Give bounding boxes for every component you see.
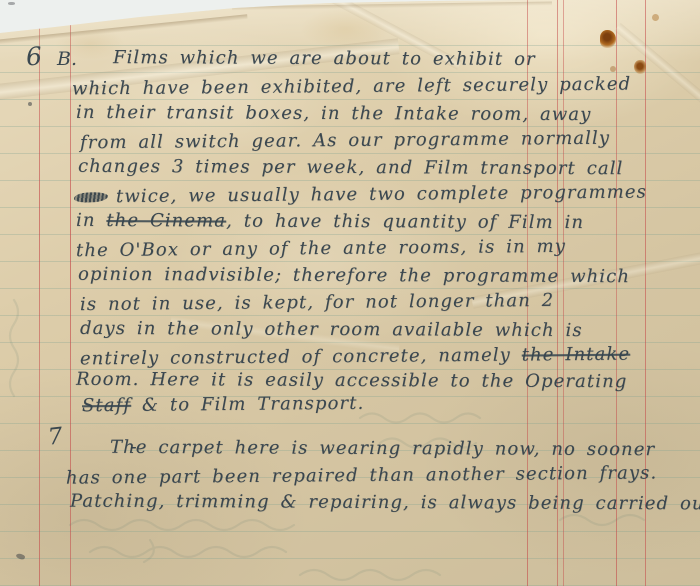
struck-through-text: Staff	[82, 395, 131, 416]
handwritten-line-10: is not in use, is kept, for not longer t…	[80, 290, 554, 315]
handwritten-line-15: The carpet here is wearing rapidly now, …	[110, 437, 655, 460]
handwritten-text: in	[76, 210, 106, 231]
struck-through-text: the Cinema	[106, 210, 226, 232]
handwritten-line-07: in the Cinema, to have this quantity of …	[76, 210, 584, 233]
handwritten-line-13: Room. Here it is easily accessible to th…	[76, 369, 628, 392]
handwritten-text: opinion inadvisible; therefore the progr…	[78, 264, 630, 287]
handwritten-text: in their transit boxes, in the Intake ro…	[76, 102, 592, 125]
handwritten-text: Patching, trimming & repairing, is alway…	[70, 491, 700, 515]
handwritten-line-09: opinion inadvisible; therefore the progr…	[78, 264, 630, 287]
handwritten-text: days in the only other room available wh…	[80, 318, 583, 341]
handwritten-line-11: days in the only other room available wh…	[80, 318, 583, 341]
handwritten-line-14: Staff & to Film Transport.	[82, 393, 365, 416]
scribbled-out-word	[74, 192, 108, 203]
handwritten-line-08: the O'Box or any of the ante rooms, is i…	[76, 236, 566, 261]
margin-page-number: 6	[25, 41, 43, 71]
handwritten-text: changes 3 times per week, and Film trans…	[78, 156, 624, 179]
handwritten-line-05: changes 3 times per week, and Film trans…	[78, 156, 624, 179]
handwritten-text: Films which we are about to exhibit or	[113, 47, 536, 70]
handwritten-line-17: Patching, trimming & repairing, is alway…	[70, 491, 700, 515]
margin-section-letter: B.	[57, 48, 77, 70]
handwritten-line-01: Films which we are about to exhibit or	[113, 47, 536, 70]
handwritten-text: the O'Box or any of the ante rooms, is i…	[76, 236, 566, 261]
handwritten-text: & to Film Transport.	[131, 393, 364, 416]
paper-sheet: 6 B. 7 - Films which we are about to exh…	[0, 0, 700, 586]
margin-next-section-number: 7	[47, 423, 64, 450]
left-margin-line-1	[39, 0, 40, 586]
handwritten-text: entirely constructed of concrete, namely	[80, 345, 522, 370]
handwritten-text: , to have this quantity of Film in	[226, 211, 584, 234]
handwritten-text: is not in use, is kept, for not longer t…	[80, 290, 554, 315]
scanned-document: 6 B. 7 - Films which we are about to exh…	[0, 0, 700, 586]
handwritten-text: The carpet here is wearing rapidly now, …	[110, 437, 655, 460]
handwritten-text: Room. Here it is easily accessible to th…	[76, 369, 628, 392]
pencil-speck	[8, 2, 15, 5]
struck-through-text: the Intake	[522, 344, 631, 366]
handwritten-line-03: in their transit boxes, in the Intake ro…	[76, 102, 592, 125]
